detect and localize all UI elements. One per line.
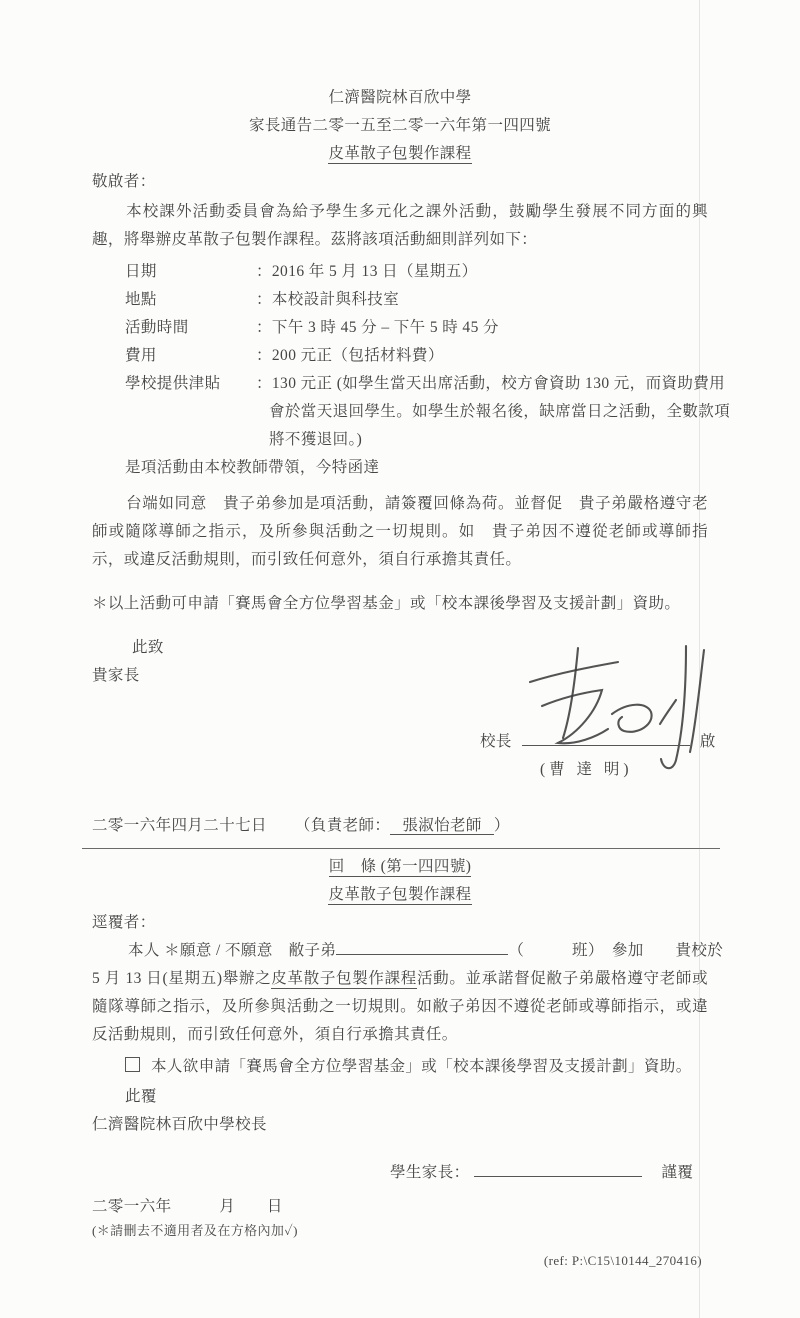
- principal-name: (曹 達 明): [540, 756, 633, 784]
- detail-value-date: ：2016 年 5 月 13 日（星期五）: [256, 258, 478, 286]
- salutation: 敬啟者：: [92, 168, 708, 196]
- course-title: 皮革散子包製作課程: [92, 140, 708, 168]
- subsidy-continuation-1: 會於當天退回學生。如學生於報名後，缺席當日之活動，全數款項: [92, 398, 708, 426]
- teacher-name: 張淑怡老師: [390, 817, 494, 835]
- lead-line: 是項活動由本校教師帶領，今特函達: [92, 454, 708, 482]
- reply-line1-suffix: （ 班） 參加 貴校於: [508, 942, 723, 959]
- subsidy-apply-line: 本人欲申請「賽馬會全方位學習基金」或「校本課後學習及支援計劃」資助。: [92, 1053, 708, 1081]
- issue-date: 二零一六年四月二十七日: [92, 817, 267, 834]
- detail-value-venue: ：本校設計與科技室: [256, 286, 399, 314]
- detail-label-date: 日期: [125, 258, 256, 286]
- detail-value-fee: ：200 元正（包括材料費）: [256, 342, 444, 370]
- teacher-prefix: （負責老師：: [295, 817, 390, 834]
- activity-details: 日期 ：2016 年 5 月 13 日（星期五） 地點 ：本校設計與科技室 活動…: [92, 258, 708, 454]
- signature-block: 校長啟 (曹 達 明): [92, 690, 708, 810]
- issue-date-line: 二零一六年四月二十七日（負責老師：張淑怡老師）: [92, 812, 708, 840]
- principal-sign-row: 校長啟: [480, 728, 716, 756]
- reply-course-underlined: 皮革散子包製作課程: [271, 970, 417, 989]
- reply-slip-title: 回 條 (第一四四號): [92, 853, 708, 881]
- reply-date-line: 二零一六年 月 日: [92, 1193, 708, 1221]
- principal-signature-line[interactable]: [522, 731, 690, 746]
- student-name-field[interactable]: [336, 940, 508, 955]
- subsidy-continuation-2: 將不獲退回。): [92, 426, 708, 454]
- scanned-notice-page: 仁濟醫院林百欣中學 家長通告二零一五至二零一六年第一四四號 皮革散子包製作課程 …: [0, 0, 800, 1318]
- teacher-suffix: ）: [494, 817, 510, 834]
- reply-consent-line: 本人 ＊願意 / 不願意 敝子弟（ 班） 參加 貴校於: [92, 937, 708, 965]
- reply-closing-recipient: 仁濟醫院林百欣中學校長: [92, 1111, 708, 1139]
- reply-slip-subtitle: 皮革散子包製作課程: [92, 881, 708, 909]
- parent-signature-line: 學生家長： 謹覆: [92, 1159, 708, 1187]
- detail-label-venue: 地點: [125, 286, 256, 314]
- subsidy-checkbox[interactable]: [125, 1057, 140, 1072]
- parent-signature-field[interactable]: [474, 1162, 642, 1177]
- consent-paragraph: 台端如同意 貴子弟參加是項活動，請簽覆回條為荷。並督促 貴子弟嚴格遵守老師或隨隊…: [92, 490, 708, 574]
- reply-closing: 此覆: [92, 1083, 708, 1111]
- detail-row-fee: 費用 ：200 元正（包括材料費）: [92, 342, 708, 370]
- intro-paragraph: 本校課外活動委員會為給予學生多元化之課外活動，鼓勵學生發展不同方面的興趣，將舉辦…: [92, 198, 708, 254]
- reply-body-paragraph: 5 月 13 日(星期五)舉辦之皮革散子包製作課程活動。並承諾督促敝子弟嚴格遵守…: [92, 965, 708, 1049]
- detail-row-date: 日期 ：2016 年 5 月 13 日（星期五）: [92, 258, 708, 286]
- detail-row-subsidy: 學校提供津貼 ：130 元正 (如學生當天出席活動，校方會資助 130 元，而資…: [92, 370, 708, 398]
- reply-salutation: 逕覆者：: [92, 909, 708, 937]
- detail-label-time: 活動時間: [125, 314, 256, 342]
- section-divider: [82, 848, 720, 849]
- subsidy-checkbox-label: 本人欲申請「賽馬會全方位學習基金」或「校本課後學習及支援計劃」資助。: [151, 1058, 692, 1075]
- reply-line2-prefix: 5 月 13 日(星期五)舉辦之: [92, 970, 271, 987]
- principal-label: 校長: [480, 733, 512, 750]
- funding-note: ＊以上活動可申請「賽馬會全方位學習基金」或「校本課後學習及支援計劃」資助。: [92, 590, 708, 618]
- notice-number-line: 家長通告二零一五至二零一六年第一四四號: [92, 112, 708, 140]
- detail-value-time: ：下午 3 時 45 分 – 下午 5 時 45 分: [256, 314, 499, 342]
- delete-inapplicable-footnote: (＊請刪去不適用者及在方格內加✓): [92, 1221, 708, 1241]
- detail-value-subsidy: ：130 元正 (如學生當天出席活動，校方會資助 130 元，而資助費用: [256, 370, 725, 398]
- reply-line1-prefix: 本人 ＊願意 / 不願意 敝子弟: [128, 942, 336, 959]
- reply-slip-title-text: 回 條 (第一四四號): [329, 858, 472, 877]
- detail-row-time: 活動時間 ：下午 3 時 45 分 – 下午 5 時 45 分: [92, 314, 708, 342]
- parent-suffix: 謹覆: [646, 1164, 694, 1181]
- course-title-text: 皮革散子包製作課程: [328, 145, 471, 164]
- school-name: 仁濟醫院林百欣中學: [92, 84, 708, 112]
- signed-suffix: 啟: [700, 733, 716, 750]
- file-reference: (ref: P:\C15\10144_270416): [92, 1251, 708, 1271]
- teacher-group: （負責老師：張淑怡老師）: [295, 817, 510, 834]
- detail-label-fee: 費用: [125, 342, 256, 370]
- detail-row-venue: 地點 ：本校設計與科技室: [92, 286, 708, 314]
- parent-label: 學生家長：: [390, 1164, 470, 1181]
- reply-slip-subtitle-text: 皮革散子包製作課程: [328, 886, 471, 905]
- detail-label-subsidy: 學校提供津貼: [125, 370, 256, 398]
